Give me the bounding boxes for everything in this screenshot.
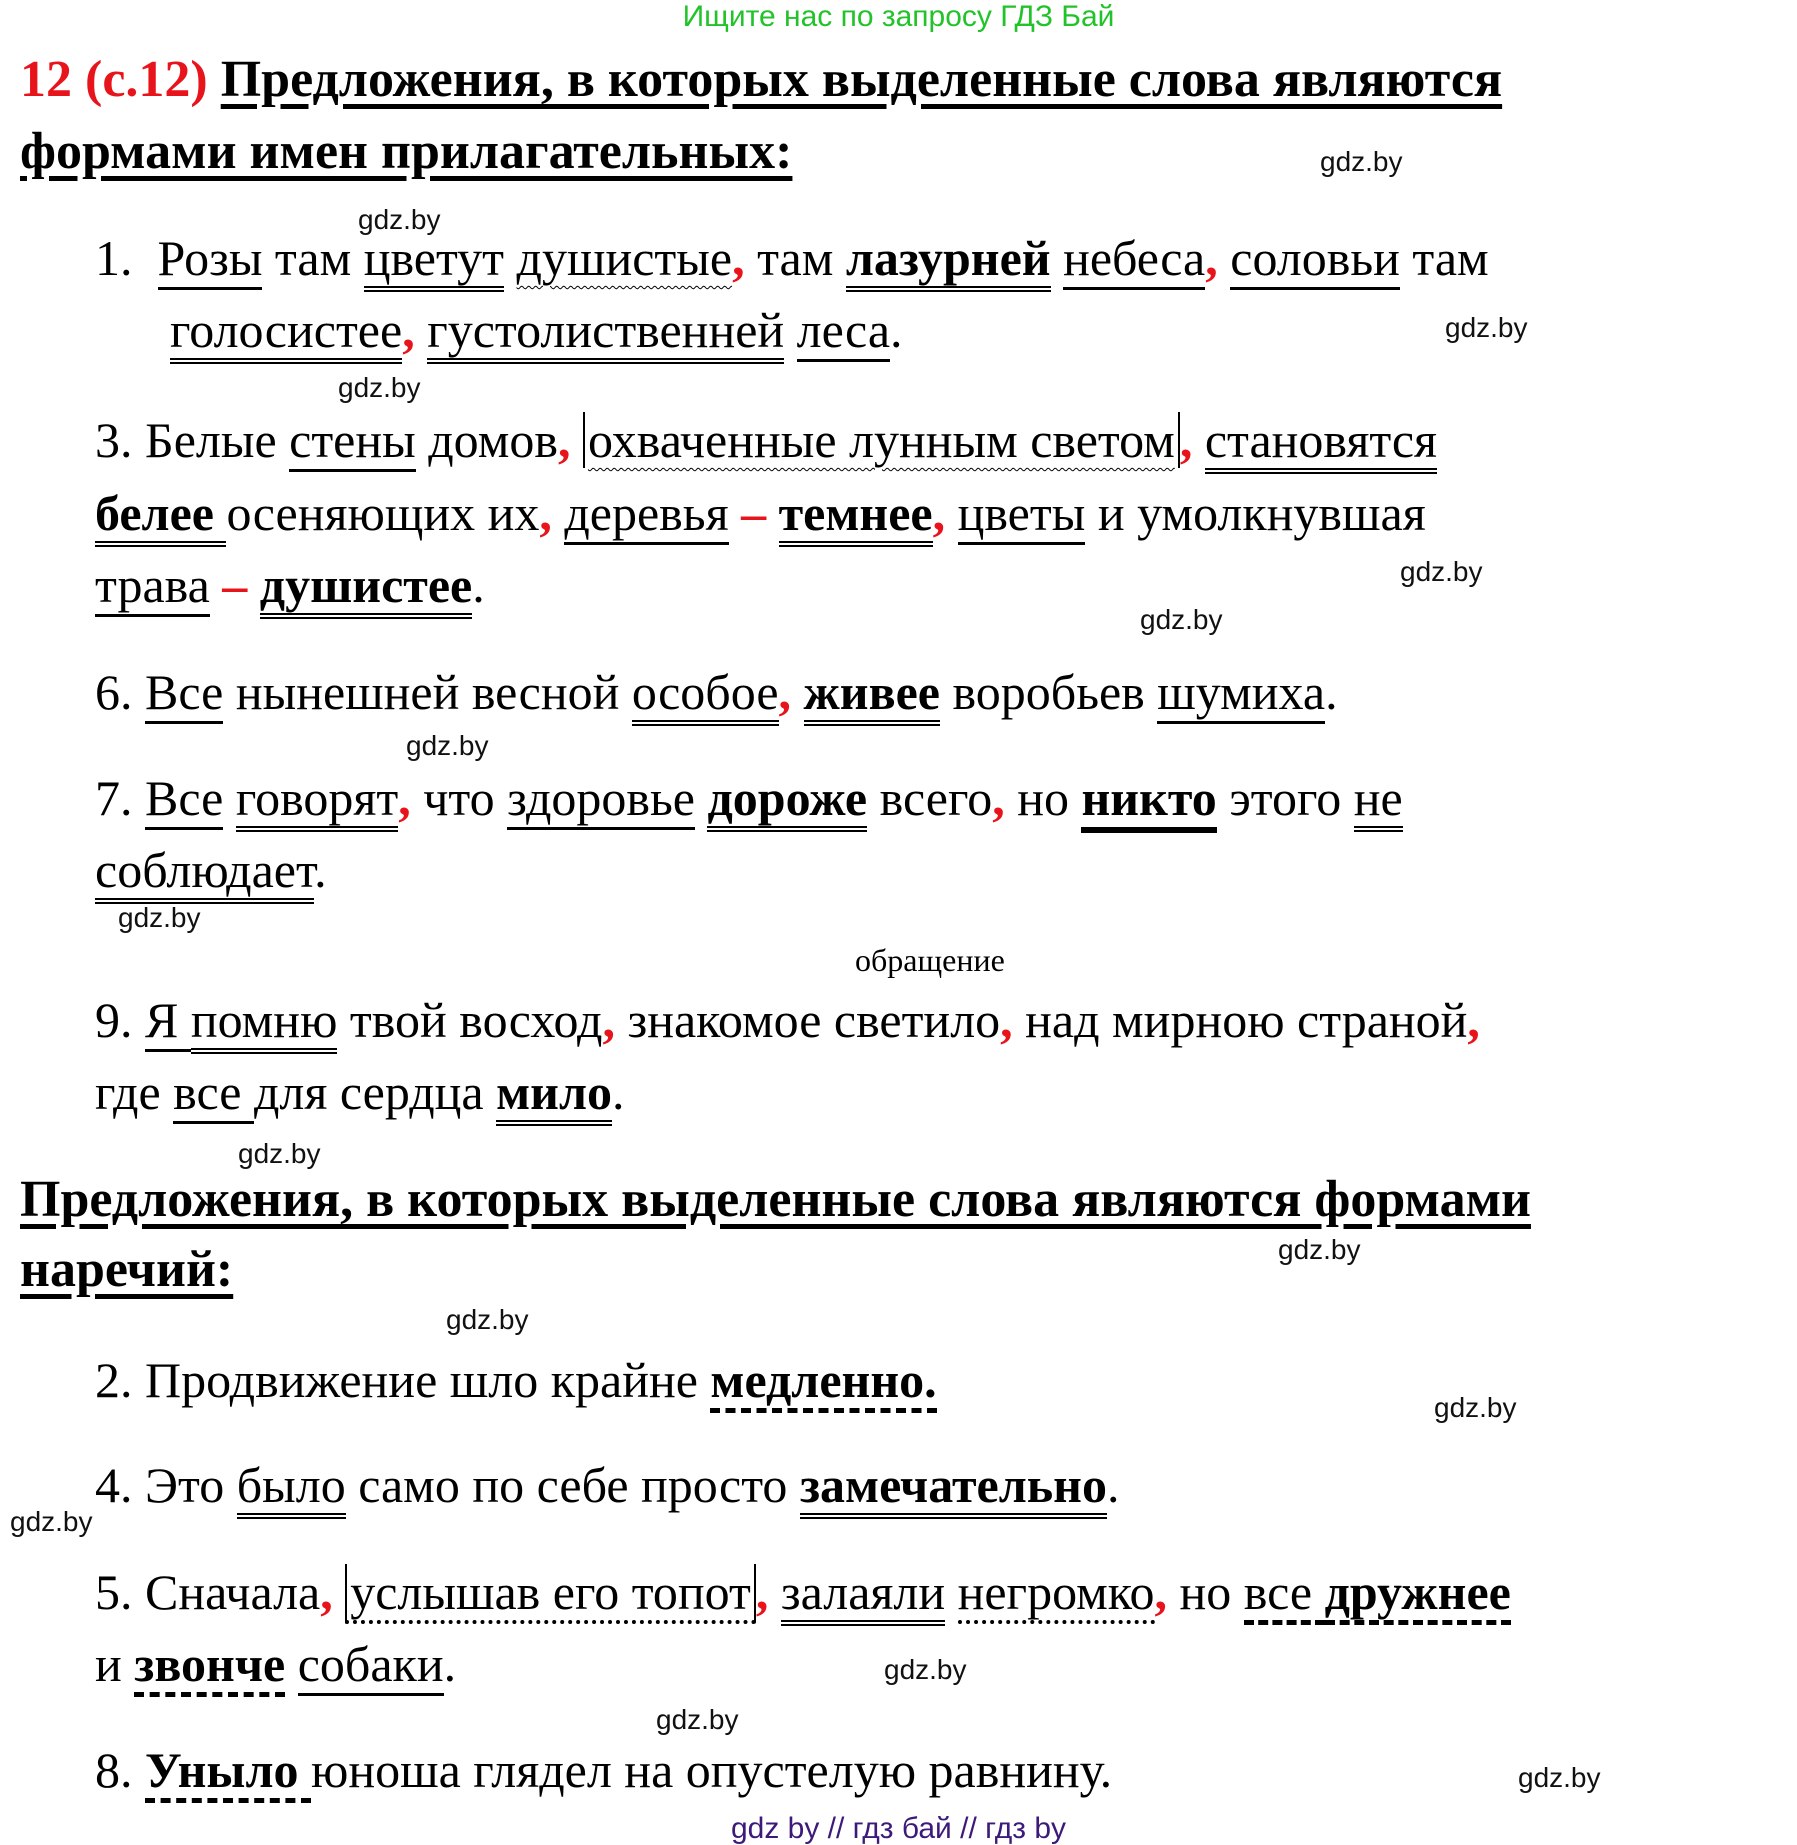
watermark: gdz.by <box>118 902 201 934</box>
sentence-5-line2: и звонче собаки. <box>95 1634 456 1694</box>
footer-links: gdz by // гдз бай // гдз by <box>0 1812 1797 1845</box>
section-heading-adverbs: Предложения, в которых выделенные слова … <box>20 1170 1531 1230</box>
watermark: gdz.by <box>1320 146 1403 178</box>
sentence-4: 4. Это было само по себе просто замечате… <box>95 1455 1120 1515</box>
exercise-number: 12 (с.12) <box>20 51 208 108</box>
watermark: gdz.by <box>338 372 421 404</box>
section-heading-adverbs-line2: наречий: <box>20 1240 233 1300</box>
annotation-address: обращение <box>855 942 1005 979</box>
sentence-3: 3. Белые стены домов, охваченные лунным … <box>95 410 1437 470</box>
sentence-9: 9. Я помню твой восход, знакомое светило… <box>95 990 1480 1050</box>
watermark: gdz.by <box>406 730 489 762</box>
watermark: gdz.by <box>238 1138 321 1170</box>
sentence-5: 5. Сначала, услышав его топот, залаяли н… <box>95 1562 1511 1622</box>
heading-line1: Предложения, в которых выделенные слова … <box>221 51 1502 108</box>
watermark: gdz.by <box>1400 556 1483 588</box>
watermark: gdz.by <box>446 1304 529 1336</box>
sentence-7: 7. Все говорят, что здоровье дороже всег… <box>95 768 1403 828</box>
sentence-3-line3: трава – душистее. <box>95 555 485 615</box>
watermark: gdz.by <box>656 1704 739 1736</box>
watermark: gdz.by <box>1518 1762 1601 1794</box>
sentence-9-line2: где все для сердца мило. <box>95 1062 625 1122</box>
watermark: gdz.by <box>884 1654 967 1686</box>
section-heading-adjectives-line2: формами имен прилагательных: <box>20 122 792 182</box>
watermark: gdz.by <box>1278 1234 1361 1266</box>
watermark: gdz.by <box>10 1506 93 1538</box>
section-heading-adjectives: 12 (с.12) Предложения, в которых выделен… <box>20 50 1502 110</box>
watermark: gdz.by <box>1434 1392 1517 1424</box>
sentence-3-line2: белее осеняющих их, деревья – темнее, цв… <box>95 483 1426 543</box>
sentence-2: 2. Продвижение шло крайне медленно. <box>95 1350 937 1410</box>
watermark: gdz.by <box>1140 604 1223 636</box>
watermark: gdz.by <box>358 204 441 236</box>
sentence-8: 8. Уныло юноша глядел на опустелую равни… <box>95 1740 1112 1800</box>
watermark: gdz.by <box>1445 312 1528 344</box>
sentence-1-line2: голосистее, густолиственней леса. <box>170 300 903 360</box>
sentence-6: 6. Все нынешней весной особое, живее вор… <box>95 662 1338 722</box>
sentence-1: 1. Розы там цветут душистые, там лазурне… <box>95 228 1489 288</box>
sentence-7-line2: соблюдает. <box>95 840 327 900</box>
search-banner: Ищите нас по запросу ГДЗ Бай <box>0 0 1797 34</box>
